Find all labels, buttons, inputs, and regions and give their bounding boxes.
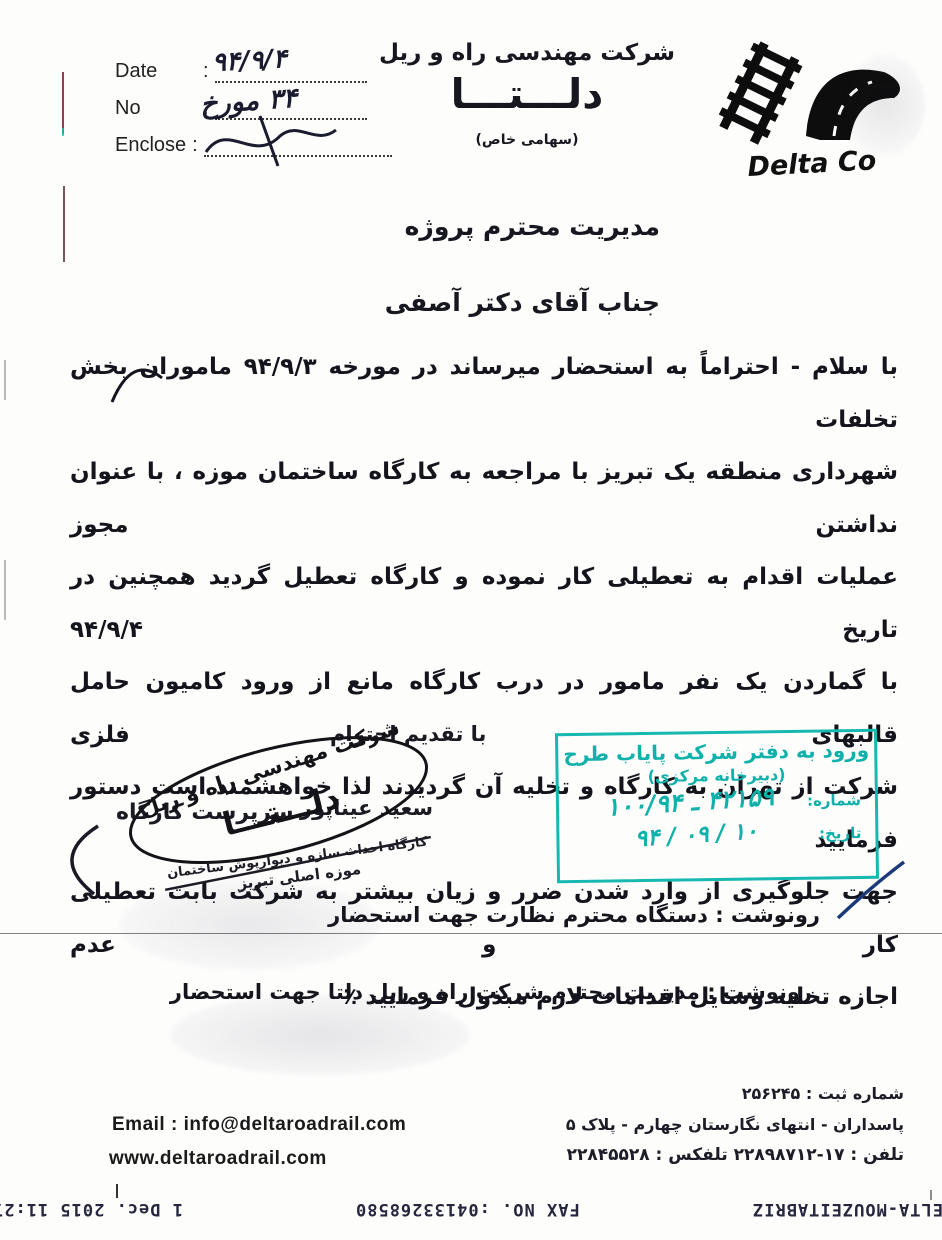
enclose-label: Enclose [115, 134, 186, 157]
scan-artifact-line [4, 360, 6, 400]
registration-stamp-subtitle: (دبیرخانه مرکزی) [558, 764, 874, 787]
scan-artifact-line [62, 128, 64, 136]
pen-check-slash [832, 858, 912, 922]
pen-loop-mark [46, 818, 110, 902]
enclose-scribble-handwriting [198, 112, 348, 172]
registration-number-label: شماره: [807, 790, 861, 809]
scan-artifact-line [62, 72, 64, 134]
company-header: شرکت مهندسی راه و ریل دلـــتـــا (سهامی … [372, 40, 682, 148]
footer-email: Email : info@deltaroadrail.com [112, 1114, 406, 1136]
footer-registration-number: شماره ثبت : ۲۵۶۲۴۵ [566, 1078, 904, 1109]
date-label: Date [115, 60, 197, 83]
company-name-delta: دلـــتـــا [372, 70, 682, 118]
cc-line-1: رونوشت : دستگاه محترم نظارت جهت استحضار [328, 903, 820, 927]
footer-fa-block: شماره ثبت : ۲۵۶۲۴۵ پاسداران - انتهای نگا… [566, 1078, 904, 1171]
company-oval-stamp: شرکت مهندسی راه و ریل دلـــتـــا کارگاه … [104, 722, 464, 902]
registration-stamp: ورود به دفتر شرکت پایاب طرح (دبیرخانه مر… [555, 729, 879, 883]
fax-datetime: 1 Dec. 2015 11:27 [0, 1199, 183, 1219]
scan-artifact-line [4, 560, 6, 620]
fax-number: FAX NO. :04133268580 [355, 1199, 580, 1219]
footer-website: www.deltaroadrail.com [109, 1148, 327, 1170]
registration-stamp-title: ورود به دفتر شرکت پایاب طرح [558, 738, 874, 766]
footer-phone-fax: تلفن : ۱۷-۲۲۸۹۸۷۱۲ تلفکس : ۲۲۸۴۵۵۲۸ [566, 1140, 904, 1171]
scan-tick-mark [930, 1190, 932, 1200]
pen-arc-mark [106, 352, 170, 410]
scan-noise-blob [170, 995, 470, 1075]
scan-noise-blob [845, 55, 925, 155]
scan-tick-mark [116, 1184, 118, 1198]
body-line: شهرداری منطقه یک تبریز با مراجعه به کارگ… [70, 446, 898, 551]
body-line: عملیات اقدام به تعطیلی کار نموده و کارگا… [70, 551, 898, 656]
fax-transmission-line: 1 Dec. 2015 11:27 FAX NO. :04133268580 D… [0, 1199, 942, 1219]
enclose-colon: : [192, 134, 198, 157]
addressee-line2: جناب آقای دکتر آصفی [385, 288, 660, 317]
company-name-line1: شرکت مهندسی راه و ریل [372, 40, 682, 66]
footer-address: پاسداران - انتهای نگارستان چهارم - پلاک … [566, 1109, 904, 1140]
scan-noise-blob [120, 880, 380, 970]
handwritten-date: ۹۴/۹/۴ [211, 44, 287, 78]
addressee-line1: مدیریت محترم پروژه [405, 212, 660, 241]
railroad-track-icon [714, 39, 804, 147]
company-type: (سهامی خاص) [372, 132, 682, 148]
scan-artifact-line [63, 186, 65, 262]
date-colon: : [203, 60, 209, 83]
no-label: No [115, 97, 197, 120]
body-line: با سلام - احتراماً به استحضار میرساند در… [70, 341, 898, 446]
logo-caption-text: Delta Co [747, 145, 877, 183]
fax-station-id: DELTA-MOUZEITABRIZ [752, 1199, 942, 1219]
scanned-letter-page: Date : No : Enclose : ۹۴/۹/۴ ۳۴ مورخ شرک… [0, 0, 942, 1240]
registration-date-label: تاریخ: [819, 824, 862, 843]
